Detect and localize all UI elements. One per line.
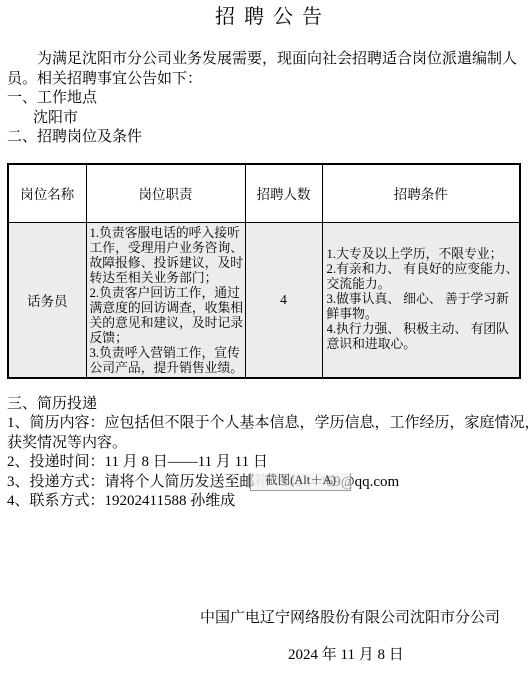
table-header-row: 岗位名称 岗位职责 招聘人数 招聘条件: [8, 164, 520, 223]
requirements-line: 2.有亲和力、 有良好的应变能力、: [327, 262, 518, 277]
duties-line: 3.负责呼入营销工作，宣传: [90, 346, 243, 361]
duties-line: 反馈；: [90, 331, 243, 346]
duties-line: 满意度的回访调查，收集相: [90, 301, 243, 316]
duties-line: 工作，受理用户业务咨询、: [90, 241, 243, 256]
page-title: 招聘公告: [7, 0, 530, 31]
header-headcount: 招聘人数: [245, 164, 322, 223]
duties-line: 转达至相关业务部门；: [90, 271, 243, 286]
duties-line: 2.负责客户回访工作，通过: [90, 286, 243, 301]
resume-item1-line: 1、简历内容：应包括但不限于个人基本信息，学历信息，工作经历，家庭情况，: [7, 414, 530, 434]
section3-heading: 三、简历投递: [7, 395, 530, 415]
duties-text: 1.负责客服电话的呼入接听 工作，受理用户业务咨询、 故障报修、投诉建议，及时 …: [87, 223, 245, 376]
section1-content: 沈阳市: [7, 109, 530, 129]
header-position-duties: 岗位职责: [86, 164, 245, 223]
section2-heading: 二、招聘岗位及条件: [7, 128, 530, 148]
requirements-line: 3.做事认真、 细心、 善于学习新: [327, 292, 518, 307]
table-row: 话务员 1.负责客服电话的呼入接听 工作，受理用户业务咨询、 故障报修、投诉建议…: [8, 223, 520, 378]
resume-item3-prefix: 3、投递方式：请将个人简历发送至邮: [7, 474, 255, 490]
section3: 三、简历投递 1、简历内容：应包括但不限于个人基本信息，学历信息，工作经历，家庭…: [7, 395, 530, 512]
cell-position-duties: 1.负责客服电话的呼入接听 工作，受理用户业务咨询、 故障报修、投诉建议，及时 …: [86, 223, 245, 378]
cell-requirements: 1.大专及以上学历，不限专业； 2.有亲和力、 有良好的应变能力、 交流能力。 …: [322, 223, 520, 378]
resume-item4: 4、联系方式：19202411588 孙维成: [7, 492, 530, 512]
cell-headcount: 4: [245, 223, 322, 378]
requirements-line: 鲜事物。: [327, 307, 518, 322]
footer-company-name: 中国广电辽宁网络股份有限公司沈阳市分公司: [7, 609, 530, 629]
intro-line: 员。相关招聘事宜公告如下：: [7, 70, 530, 90]
intro-paragraph: 为满足沈阳市分公司业务发展需要，现面向社会招聘适合岗位派遣编制人 员。相关招聘事…: [7, 50, 530, 89]
duties-line: 公司产品，提升销售业绩。: [90, 361, 243, 376]
resume-item1-line: 获奖情况等内容。: [7, 434, 530, 454]
duties-line: 1.负责客服电话的呼入接听: [90, 226, 243, 241]
document-page: 招聘公告 为满足沈阳市分公司业务发展需要，现面向社会招聘适合岗位派遣编制人 员。…: [0, 0, 530, 666]
resume-item2: 2、投递时间：11 月 8 日——11 月 11 日: [7, 453, 530, 473]
header-position-name: 岗位名称: [8, 164, 86, 223]
footer-date: 2024 年 11 月 8 日: [7, 646, 530, 666]
requirements-line: 1.大专及以上学历，不限专业；: [327, 247, 518, 262]
requirements-text: 1.大专及以上学历，不限专业； 2.有亲和力、 有良好的应变能力、 交流能力。 …: [323, 247, 520, 352]
requirements-line: 4.执行力强、 积极主动、 有团队: [327, 322, 518, 337]
resume-item3: 3、投递方式：请将个人简历发送至邮箱 424284469@qq.com 截图(A…: [7, 473, 530, 493]
section1-heading: 一、工作地点: [7, 89, 530, 109]
requirements-line: 交流能力。: [327, 277, 518, 292]
requirements-line: 意识和进取心。: [327, 337, 518, 352]
screenshot-tooltip: 截图(Alt＋A): [250, 473, 351, 491]
duties-line: 关的意见和建议，及时记录: [90, 316, 243, 331]
duties-line: 故障报修、投诉建议，及时: [90, 256, 243, 271]
header-requirements: 招聘条件: [322, 164, 520, 223]
intro-line: 为满足沈阳市分公司业务发展需要，现面向社会招聘适合岗位派遣编制人: [7, 50, 530, 70]
cell-position-name: 话务员: [8, 223, 86, 378]
positions-table: 岗位名称 岗位职责 招聘人数 招聘条件 话务员 1.负责客服电话的呼入接听 工作…: [7, 163, 521, 379]
